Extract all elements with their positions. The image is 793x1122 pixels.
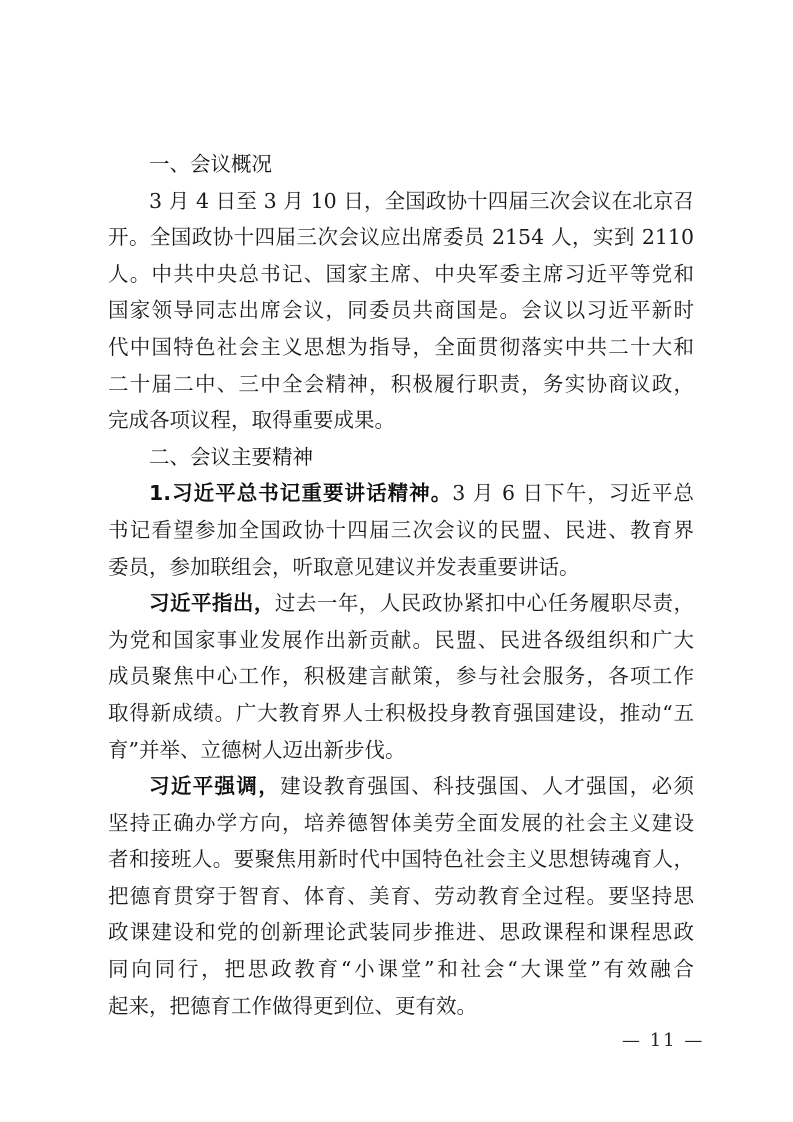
paragraph-line: 代中国特色社会主义思想为指导，全面贯彻落实中共二十大和 <box>108 329 694 366</box>
page-number: — 11 — <box>622 1030 704 1051</box>
paragraph-line: 委员，参加联组会，听取意见建议并发表重要讲话。 <box>108 549 694 586</box>
document-page: 一、会议概况 3 月 4 日至 3 月 10 日，全国政协十四届三次会议在北京召… <box>108 146 694 1024</box>
paragraph-line: 成员聚焦中心工作，积极建言献策，参与社会服务，各项工作 <box>108 658 694 695</box>
paragraph-line: 取得新成绩。广大教育界人士积极投身教育强国建设，推动“五 <box>108 695 694 732</box>
paragraph-line: 政课建设和党的创新理论武装同步推进、思政课程和课程思政 <box>108 914 694 951</box>
point-out-text: 过去一年，人民政协紧扣中心任务履职尽责， <box>275 591 694 615</box>
point-out-first-line: 习近平指出，过去一年，人民政协紧扣中心任务履职尽责， <box>108 585 694 622</box>
emphasize-bold-lead: 习近平强调， <box>149 774 280 798</box>
emphasize-first-line: 习近平强调，建设教育强国、科技强国、人才强国，必须 <box>108 768 694 805</box>
paragraph-line: 二十届二中、三中全会精神，积极履行职责，务实协商议政， <box>108 366 694 403</box>
item-1-text: 3 月 6 日下午，习近平总 <box>452 481 694 505</box>
paragraph-line: 者和接班人。要聚焦用新时代中国特色社会主义思想铸魂育人， <box>108 841 694 878</box>
item-1-bold-lead: 1.习近平总书记重要讲话精神。 <box>149 481 452 505</box>
paragraph-line: 完成各项议程，取得重要成果。 <box>108 402 694 439</box>
paragraph-line: 开。全国政协十四届三次会议应出席委员 2154 人，实到 2110 <box>108 219 694 256</box>
emphasize-text: 建设教育强国、科技强国、人才强国，必须 <box>280 774 694 798</box>
paragraph-line: 书记看望参加全国政协十四届三次会议的民盟、民进、教育界 <box>108 512 694 549</box>
paragraph-line: 人。中共中央总书记、国家主席、中央军委主席习近平等党和 <box>108 256 694 293</box>
item-1-first-line: 1.习近平总书记重要讲话精神。3 月 6 日下午，习近平总 <box>108 475 694 512</box>
section-heading-overview: 一、会议概况 <box>108 146 694 183</box>
paragraph-line: 起来，把德育工作做得更到位、更有效。 <box>108 988 694 1025</box>
section-heading-main-spirit: 二、会议主要精神 <box>108 439 694 476</box>
point-out-bold-lead: 习近平指出， <box>149 591 275 615</box>
paragraph-line: 为党和国家事业发展作出新贡献。民盟、民进各级组织和广大 <box>108 622 694 659</box>
paragraph-line: 坚持正确办学方向，培养德智体美劳全面发展的社会主义建设 <box>108 805 694 842</box>
paragraph-line: 同向同行，把思政教育“小课堂”和社会“大课堂”有效融合 <box>108 951 694 988</box>
paragraph-line: 国家领导同志出席会议，同委员共商国是。会议以习近平新时 <box>108 292 694 329</box>
paragraph-line: 把德育贯穿于智育、体育、美育、劳动教育全过程。要坚持思 <box>108 878 694 915</box>
paragraph-line: 3 月 4 日至 3 月 10 日，全国政协十四届三次会议在北京召 <box>108 183 694 220</box>
paragraph-line: 育”并举、立德树人迈出新步伐。 <box>108 732 694 769</box>
